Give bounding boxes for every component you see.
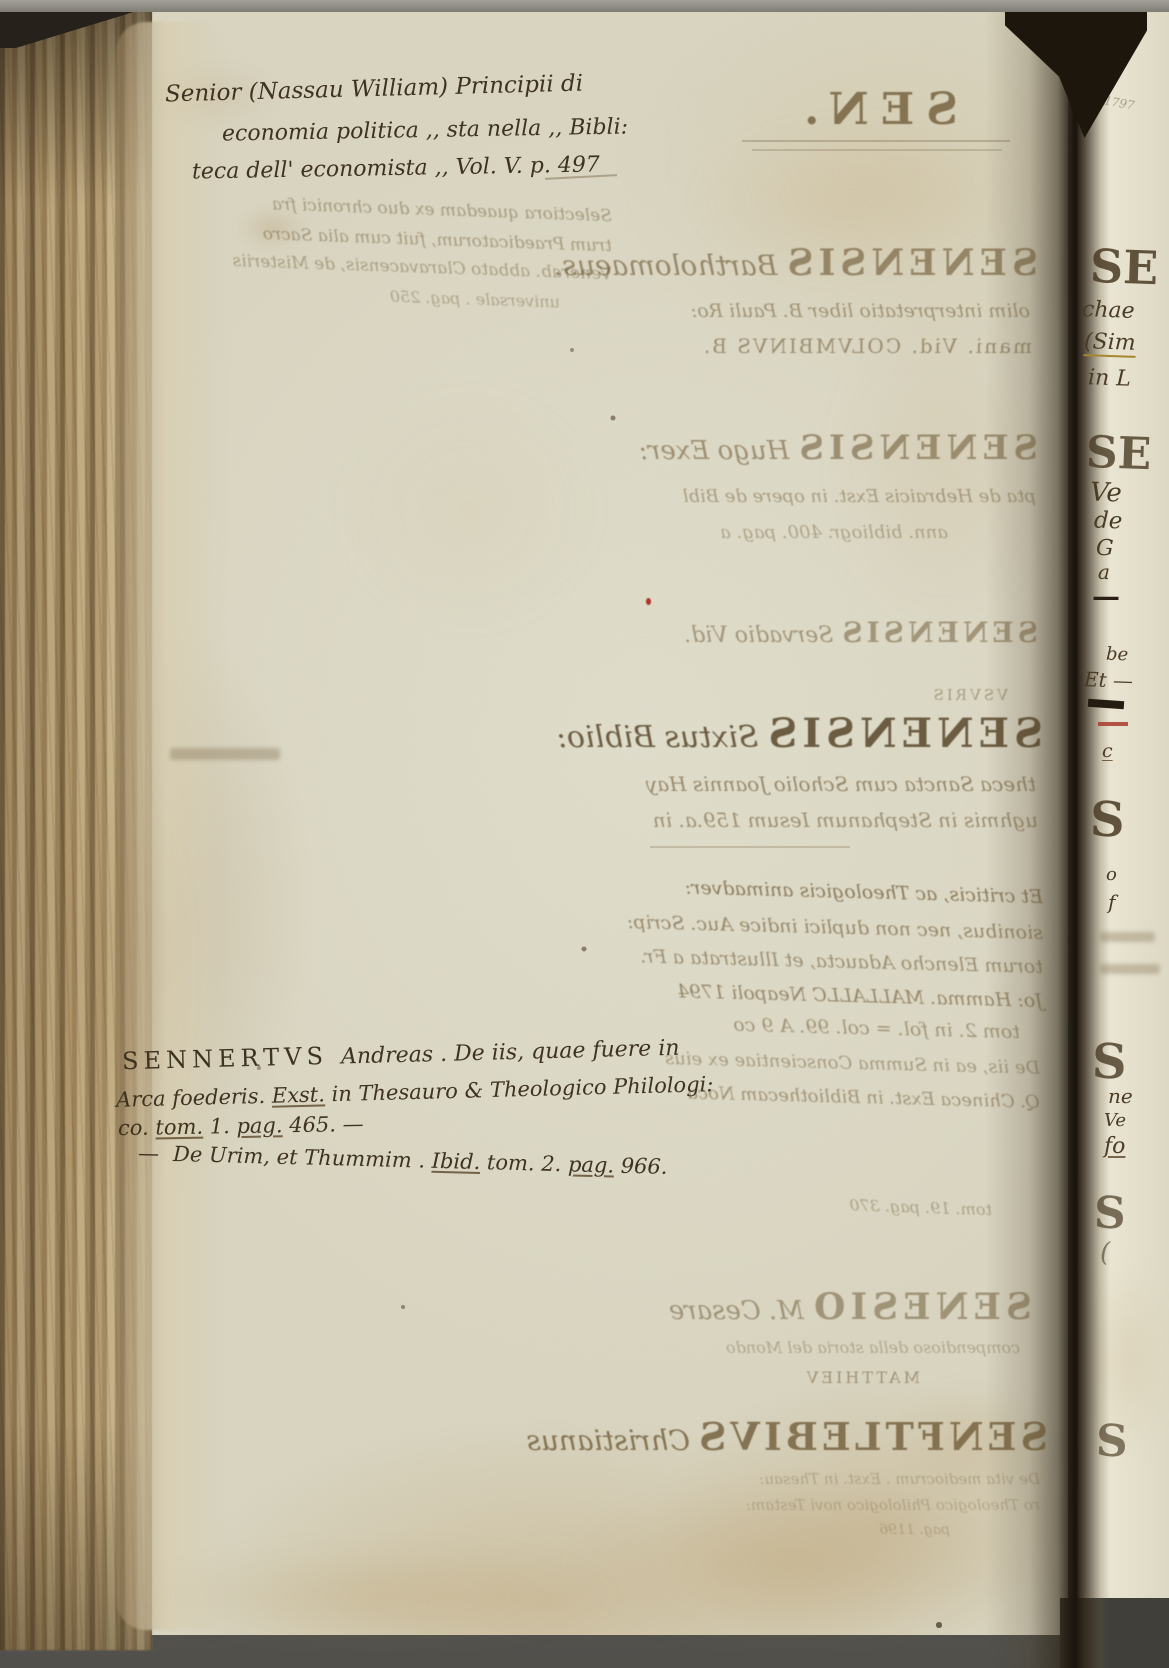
entry-name-tail: Christianus bbox=[526, 1424, 690, 1457]
bleedthrough-entry-senesio: SENESIO M. Cesare bbox=[602, 1286, 1032, 1328]
bleedthrough-entry-senensis4: SENENSIS Sixtus Biblio: bbox=[588, 710, 1043, 757]
entry-name: SENENSIS bbox=[782, 242, 1038, 284]
bleedthrough-line: VSVRIS bbox=[878, 686, 1008, 704]
bleedthrough-entry-senftlebius: SENFTLEBIVS Christianus bbox=[578, 1414, 1048, 1459]
entry-name: SENENSIS bbox=[764, 710, 1043, 757]
text-underlined: Ibid. bbox=[431, 1149, 480, 1174]
text-underlined: pag. bbox=[236, 1113, 283, 1138]
entry-name: SENENSIS bbox=[794, 428, 1038, 468]
right-page-fragment: S bbox=[1095, 1415, 1129, 1467]
entry-name-tail: Hugo Exer: bbox=[639, 436, 789, 466]
right-page-fragment: Ve bbox=[1089, 477, 1122, 508]
bleedthrough-line: De vita mediocrum . Exst. in Thesau: bbox=[620, 1470, 1040, 1488]
text-underlined: tom. bbox=[155, 1115, 203, 1140]
right-page-fragment: be bbox=[1106, 644, 1129, 666]
bleedthrough-line: pag. 1196 bbox=[700, 1522, 950, 1538]
right-page-fragment: de bbox=[1094, 508, 1123, 535]
right-page-fragment: SE bbox=[1089, 239, 1159, 295]
right-page-fragment: S bbox=[1089, 791, 1126, 848]
entry-name-tail: Servadio Vid. bbox=[684, 623, 833, 648]
bleedthrough-underline bbox=[650, 846, 850, 848]
bleedthrough-line: theca Sancta cum Scholio Joannis Hay bbox=[596, 772, 1036, 796]
text: co. bbox=[118, 1115, 156, 1140]
right-page-fragment: S bbox=[1091, 1033, 1128, 1090]
bleedthrough-header-rule bbox=[742, 140, 1010, 142]
bleedthrough-line: ann. bibliogr. 400. pag. a bbox=[648, 522, 948, 543]
faint-scribble bbox=[1100, 932, 1155, 942]
bleedthrough-header-rule bbox=[752, 149, 1002, 151]
right-page-fragment: Ve bbox=[1104, 1110, 1126, 1131]
entry-sennertus-name: SENNERTVS bbox=[122, 1042, 329, 1075]
right-page-fragment: ( bbox=[1100, 1238, 1110, 1268]
red-ink-dot bbox=[646, 598, 651, 605]
text: tom. 2. bbox=[480, 1150, 568, 1176]
entry-sennertus-line3: co. tom. 1. pag. 465. — bbox=[118, 1112, 364, 1140]
right-page-fragment: f bbox=[1108, 890, 1115, 914]
bleedthrough-line: mani. Vid. COLVMBINVS B. bbox=[612, 334, 1032, 358]
right-page-fragment: — bbox=[1092, 580, 1120, 613]
bleedthrough-header: SEN. bbox=[735, 84, 1015, 135]
faint-scribble bbox=[1100, 964, 1160, 974]
bleedthrough-line: ughmis in Stephanum Iesum 159.a. in bbox=[608, 808, 1038, 832]
right-page-fragment: c bbox=[1102, 740, 1113, 762]
scan-top-edge bbox=[0, 0, 1169, 12]
right-page-fragment: SE bbox=[1085, 427, 1152, 480]
bleedthrough-entry-senensis3: SENENSIS Servadio Vid. bbox=[618, 616, 1038, 649]
manuscript-scan: SEN. Selectiora quaedam ex duo chronici … bbox=[0, 0, 1169, 1668]
entry-name-tail: Bartholomaeus. bbox=[554, 249, 778, 282]
bleedthrough-line: MATTHIEV bbox=[700, 1368, 920, 1387]
bleedthrough-entry-senensis1: SENENSIS Bartholomaeus. bbox=[598, 242, 1038, 284]
text: 465. — bbox=[282, 1112, 364, 1137]
right-page-fragment: G bbox=[1096, 536, 1114, 562]
bleedthrough-line: compendioso della storia del Mondo bbox=[640, 1338, 1020, 1357]
right-page-fragment: fo bbox=[1104, 1134, 1125, 1159]
entry-name: SENENSIS bbox=[838, 616, 1038, 649]
text-underlined: pag. bbox=[568, 1152, 615, 1177]
right-page-fragment: S bbox=[1093, 1187, 1127, 1239]
right-page-fragment: o bbox=[1106, 864, 1117, 885]
right-page-fragment: Et — bbox=[1084, 667, 1134, 693]
right-page-fragment: in L bbox=[1088, 365, 1132, 391]
right-page-red-mark bbox=[1098, 722, 1128, 726]
bleedthrough-line: ro Theologico Philologico novi Testam: bbox=[630, 1496, 1040, 1514]
faint-scribble bbox=[170, 748, 280, 760]
bleedthrough-line: pta de Hebraicis Exst. in opere de Bibl bbox=[606, 486, 1036, 507]
text-underlined: Exst. bbox=[272, 1082, 326, 1107]
entry-name: SENESIO bbox=[809, 1286, 1032, 1328]
text: 1. bbox=[203, 1114, 237, 1139]
right-page-fragment: chae bbox=[1082, 297, 1135, 324]
text: Arca foederis. bbox=[116, 1084, 272, 1112]
entry-name-tail: Sixtus Biblio: bbox=[557, 720, 759, 755]
right-page-fragment: (Sim bbox=[1084, 329, 1136, 358]
text: 966. bbox=[614, 1154, 668, 1179]
bleedthrough-entry-senensis2: SENENSIS Hugo Exer: bbox=[608, 428, 1038, 468]
dash: — bbox=[138, 1141, 160, 1166]
entry-name: SENFTLEBIVS bbox=[695, 1414, 1048, 1459]
bleedthrough-line: olim interpretatio liber B. Pauli Ro: bbox=[600, 300, 1030, 322]
right-page-fragment: ne bbox=[1108, 1084, 1133, 1108]
entry-name-tail: M. Cesare bbox=[669, 1296, 804, 1326]
